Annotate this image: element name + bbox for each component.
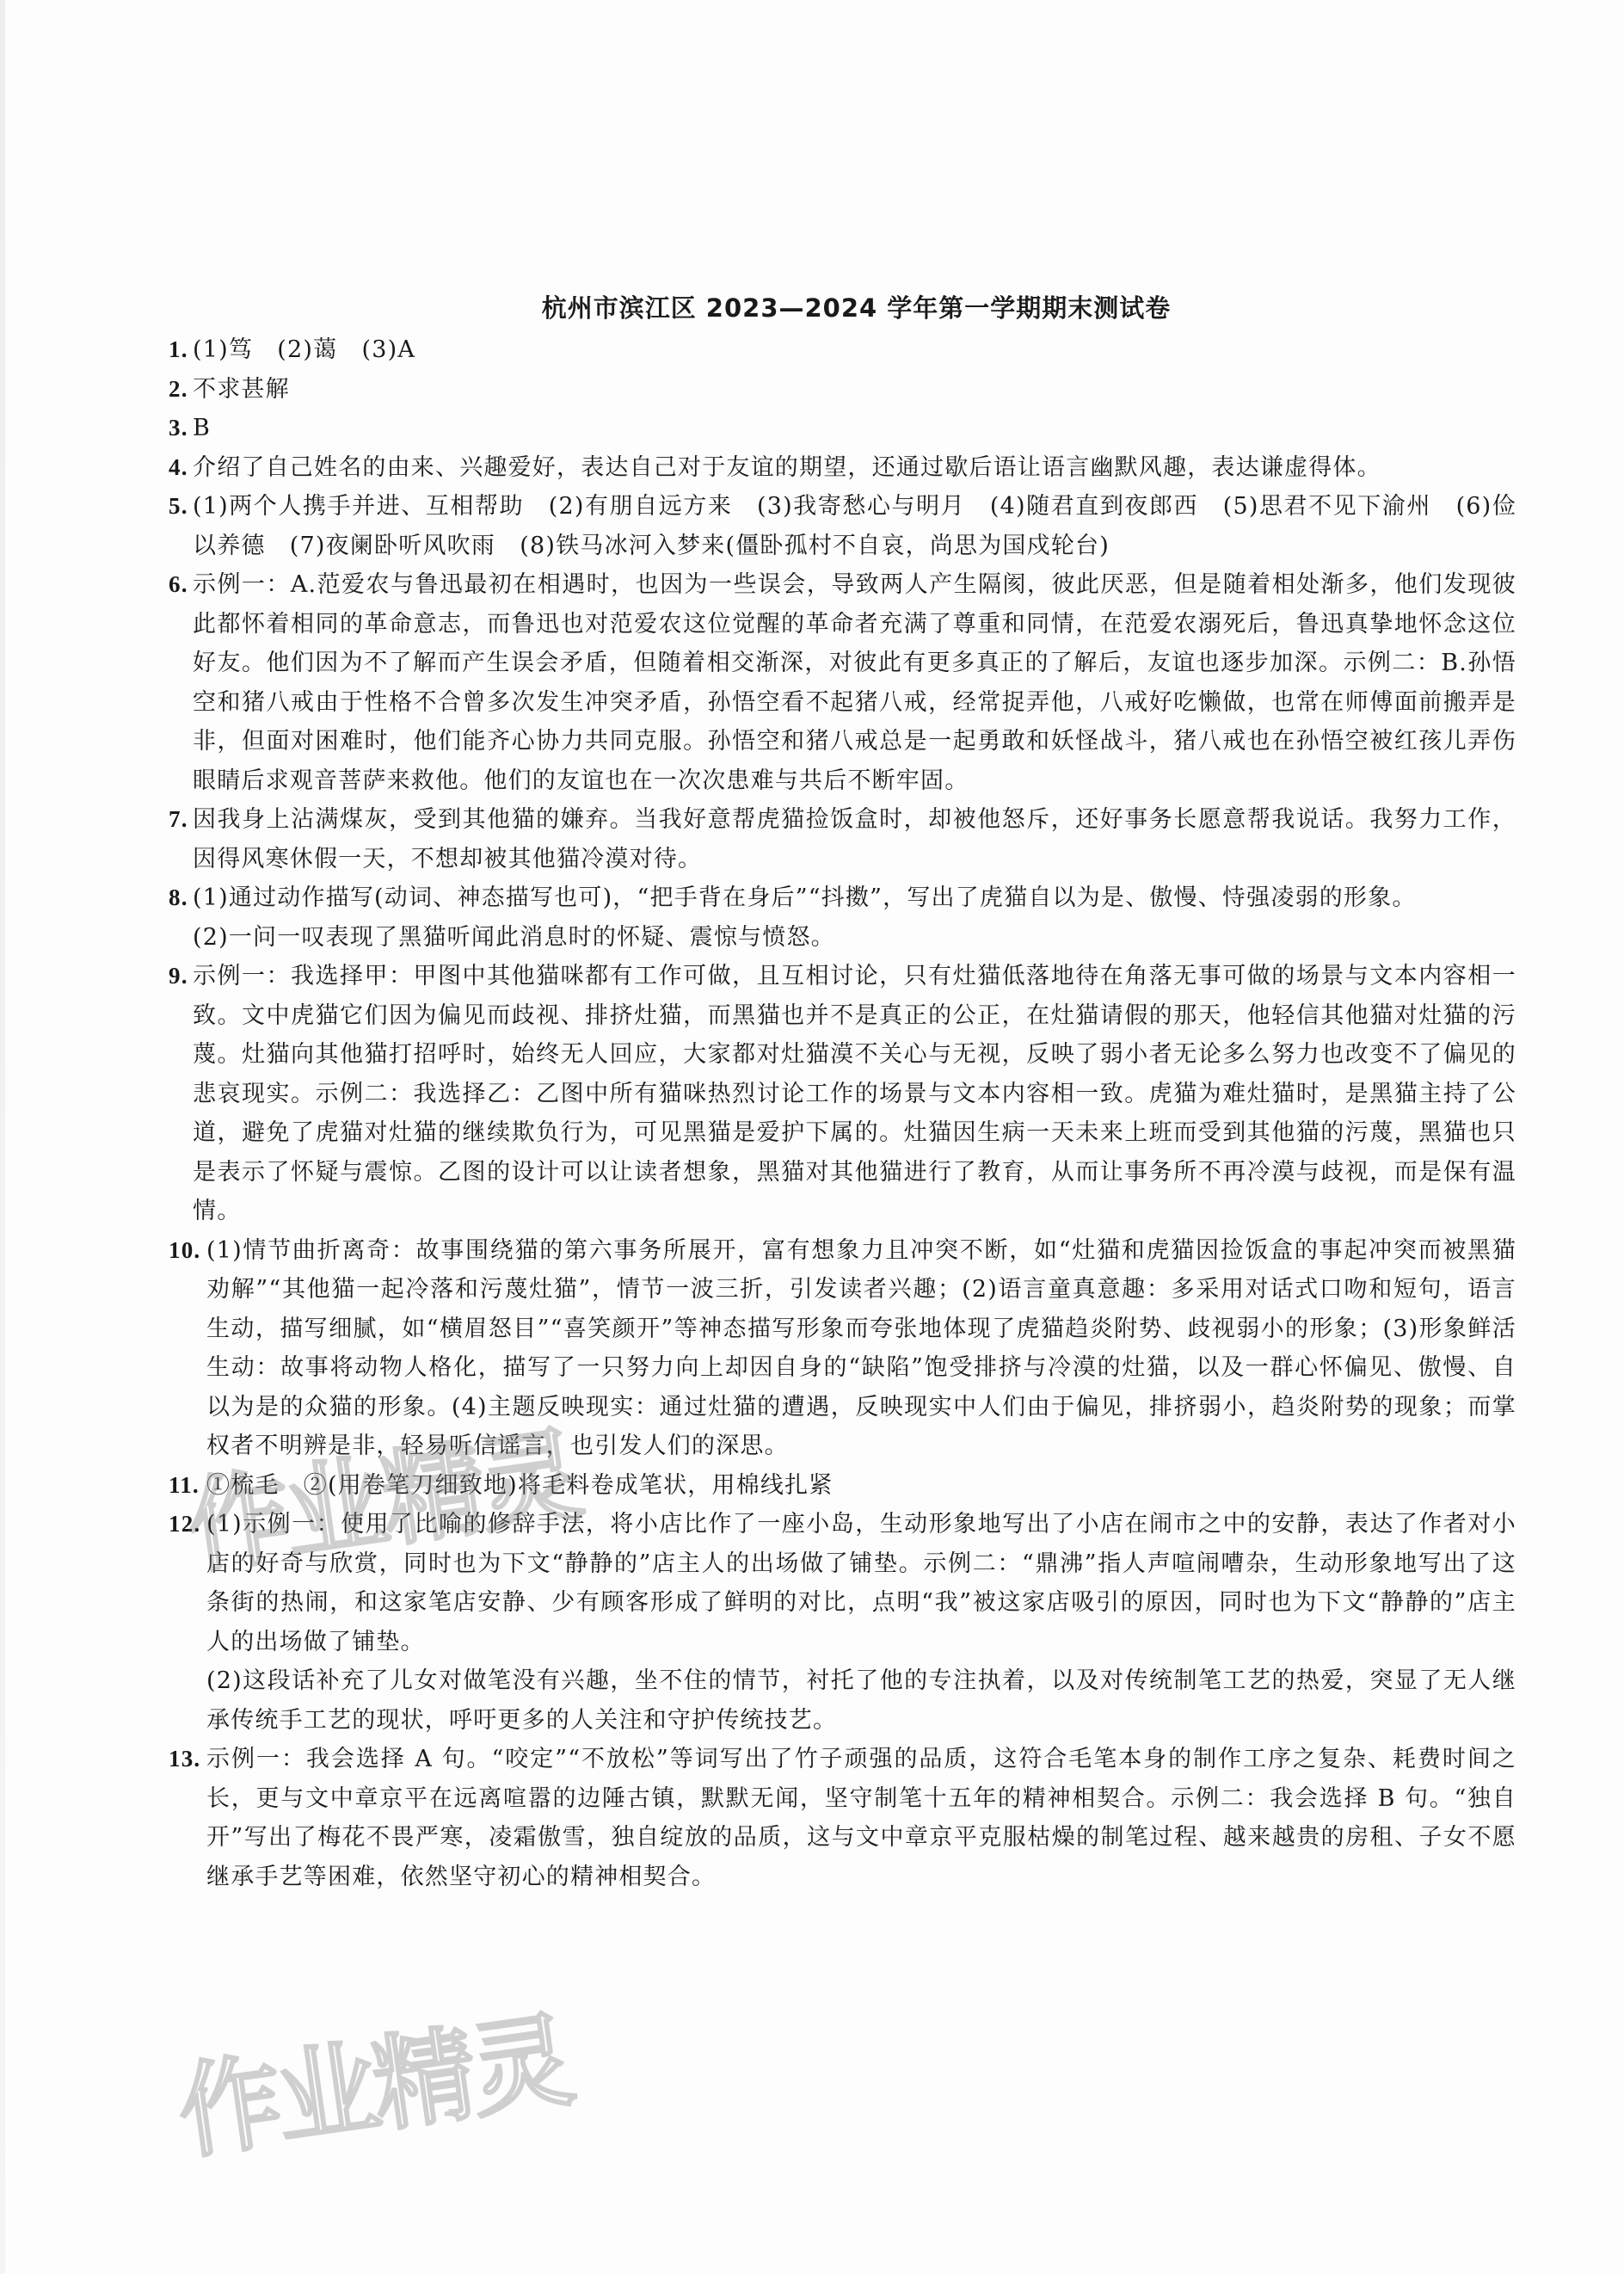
answer-item-12: 12. (1)示例一：使用了比喻的修辞手法，将小店比作了一座小岛，生动形象地写出… [170,1505,1516,1740]
question-number: 7. [169,800,188,840]
answer-subpart-1: (1)示例一：使用了比喻的修辞手法，将小店比作了一座小岛，生动形象地写出了小店在… [206,1505,1516,1661]
answer-item-13: 13. 示例一：我会选择 A 句。“咬定”“不放松”等词写出了竹子顽强的品质，这… [170,1740,1516,1896]
answer-item-11: 11. ①梳毛 ②(用卷笔刀细致地)将毛料卷成笔状，用棉线扎紧 [170,1466,1516,1506]
answer-subpart-1: (1)通过动作描写(动词、神态描写也可)，“把手背在身后”“抖擞”，写出了虎猫自… [193,878,1516,918]
answer-item-10: 10. (1)情节曲折离奇：故事围绕猫的第六事务所展开，富有想象力且冲突不断，如… [170,1231,1516,1466]
answer-subpart-2: (2)这段话补充了儿女对做笔没有兴趣，坐不住的情节，衬托了他的专注执着，以及对传… [206,1661,1516,1740]
question-number: 9. [169,957,188,996]
scan-edge-shadow [0,0,5,2274]
answer-text: 介绍了自己姓名的由来、兴趣爱好，表达自己对于友谊的期望，还通过歇后语让语言幽默风… [193,454,1381,481]
answer-item-9: 9. 示例一：我选择甲：甲图中其他猫咪都有工作可做，且互相讨论，只有灶猫低落地待… [170,957,1516,1231]
answer-text: 示例一：A.范爱农与鲁迅最初在相遇时，也因为一些误会，导致两人产生隔阂，彼此厌恶… [193,571,1516,794]
answer-item-6: 6. 示例一：A.范爱农与鲁迅最初在相遇时，也因为一些误会，导致两人产生隔阂，彼… [170,565,1516,800]
question-number: 10. [169,1231,200,1271]
answer-text: (1)两个人携手并进、互相帮助 (2)有朋自远方来 (3)我寄愁心与明月 (4)… [193,493,1516,559]
answer-text: ①梳毛 ②(用卷笔刀细致地)将毛料卷成笔状，用棉线扎紧 [206,1472,833,1499]
answer-item-4: 4. 介绍了自己姓名的由来、兴趣爱好，表达自己对于友谊的期望，还通过歇后语让语言… [170,448,1516,488]
answer-sheet-page: 杭州市滨江区 2023—2024 学年第一学期期末测试卷 1. (1)笃 (2)… [170,291,1516,1896]
answer-item-2: 2. 不求甚解 [170,370,1516,410]
question-number: 5. [169,487,188,527]
answer-item-5: 5. (1)两个人携手并进、互相帮助 (2)有朋自远方来 (3)我寄愁心与明月 … [170,487,1516,565]
question-number: 3. [169,409,188,448]
answer-text: 示例一：我选择甲：甲图中其他猫咪都有工作可做，且互相讨论，只有灶猫低落地待在角落… [193,963,1516,1224]
question-number: 11. [169,1466,200,1506]
answer-item-3: 3. B [170,409,1516,448]
answer-item-1: 1. (1)笃 (2)蔼 (3)A [170,330,1516,370]
answer-text: 不求甚解 [193,376,290,403]
question-number: 4. [169,448,188,488]
answer-item-7: 7. 因我身上沾满煤灰，受到其他猫的嫌弃。当我好意帮虎猫捡饭盒时，却被他怒斥，还… [170,800,1516,878]
question-number: 8. [169,878,188,918]
watermark-stamp: 作业精灵 [168,1978,577,2179]
question-number: 1. [169,330,188,370]
answer-subpart-2: (2)一问一叹表现了黑猫听闻此消息时的怀疑、震惊与愤怒。 [193,918,1516,958]
question-number: 13. [169,1740,200,1779]
answer-text: 示例一：我会选择 A 句。“咬定”“不放松”等词写出了竹子顽强的品质，这符合毛笔… [206,1746,1516,1890]
answer-text: (1)笃 (2)蔼 (3)A [193,336,415,363]
answer-text: (1)情节曲折离奇：故事围绕猫的第六事务所展开，富有想象力且冲突不断，如“灶猫和… [206,1237,1516,1460]
question-number: 2. [169,370,188,410]
answer-item-8: 8. (1)通过动作描写(动词、神态描写也可)，“把手背在身后”“抖擞”，写出了… [170,878,1516,957]
page-title: 杭州市滨江区 2023—2024 学年第一学期期末测试卷 [196,291,1516,325]
question-number: 6. [169,565,188,605]
answer-text: 因我身上沾满煤灰，受到其他猫的嫌弃。当我好意帮虎猫捡饭盒时，却被他怒斥，还好事务… [193,806,1516,872]
question-number: 12. [169,1505,200,1544]
answer-text: B [193,415,211,441]
